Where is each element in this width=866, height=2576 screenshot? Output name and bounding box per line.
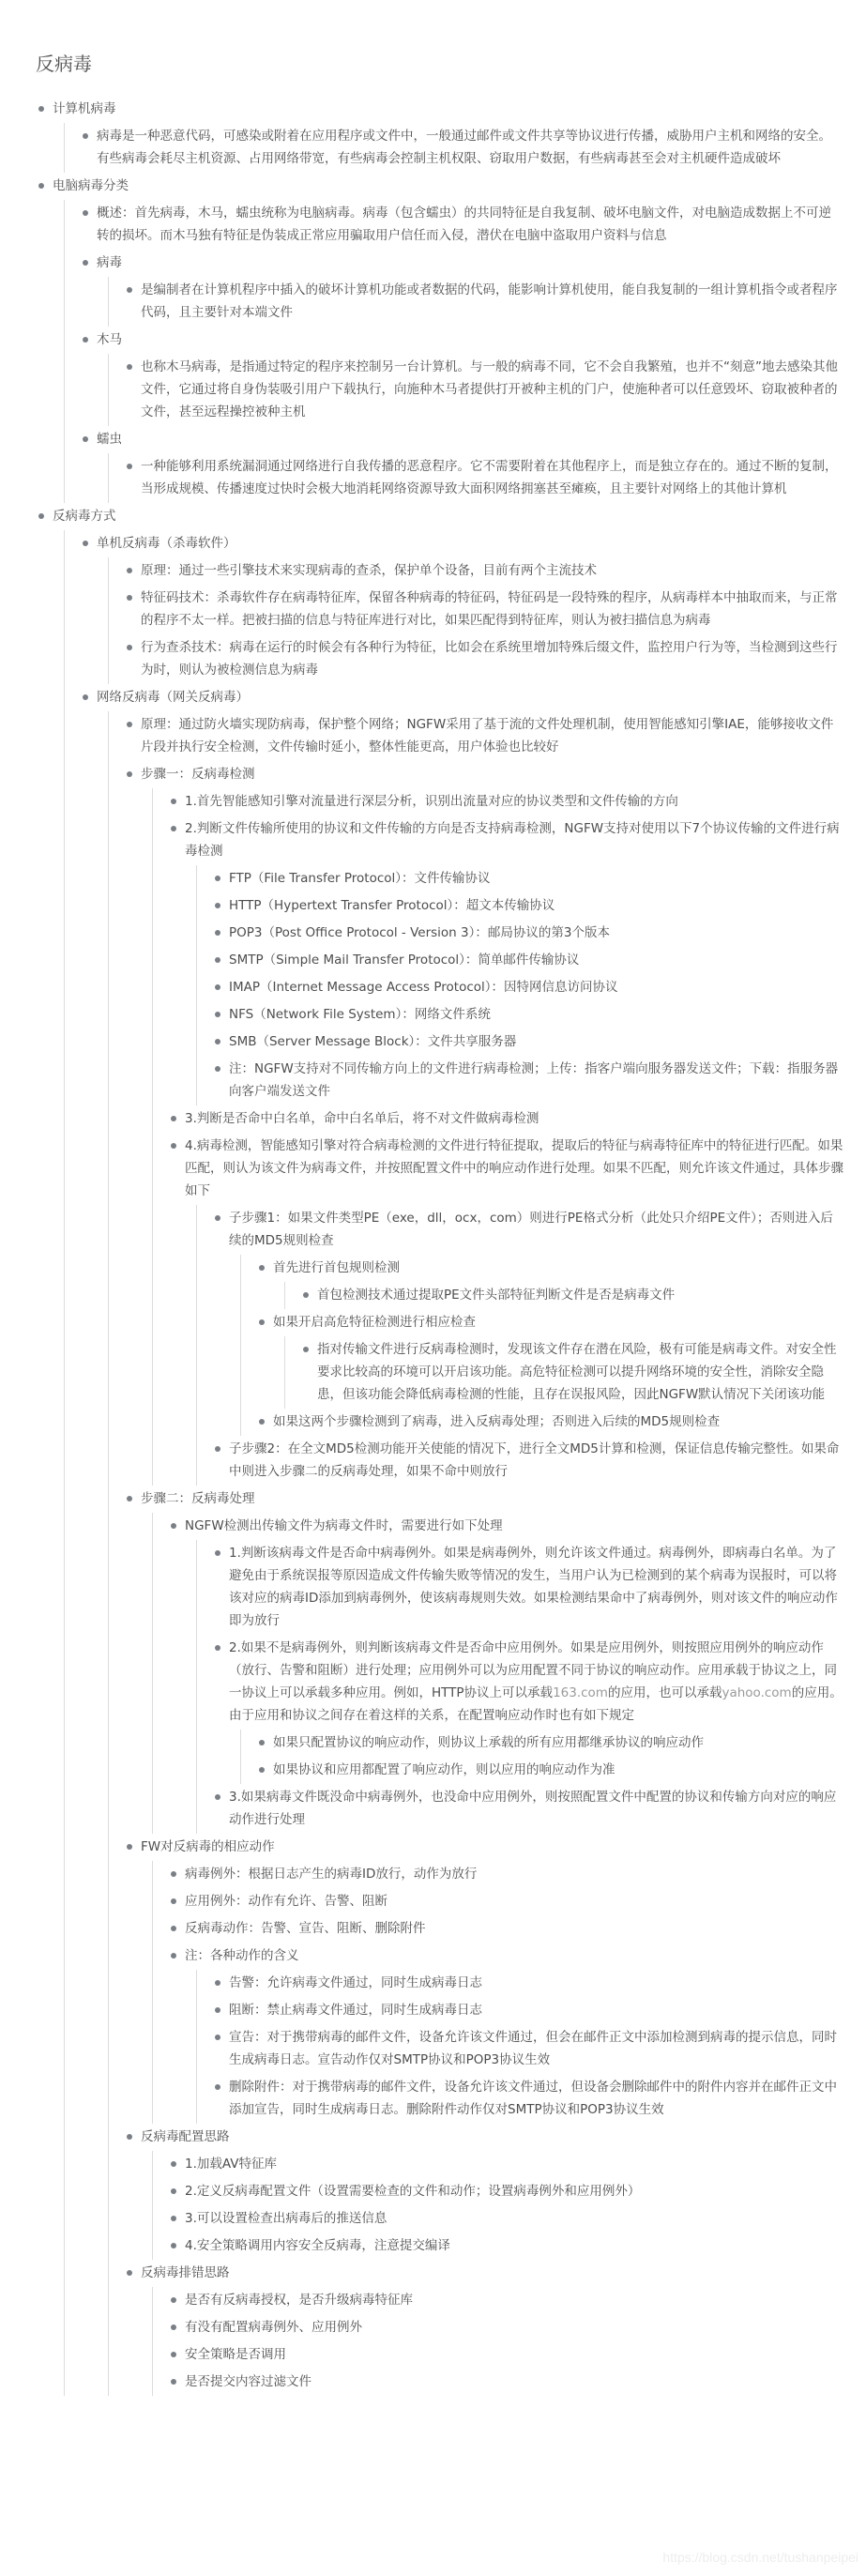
list-item-text: 特征码技术：杀毒软件存在病毒特征库，保留各种病毒的特征码，特征码是一段特殊的程序… xyxy=(141,585,843,634)
list-item: 注：各种动作的含义告警：允许病毒文件通过，同时生成病毒日志阻断：禁止病毒文件通过… xyxy=(168,1943,843,2124)
list-item-text: 步骤一：反病毒检测 xyxy=(141,761,843,788)
list-item: 概述：首先病毒，木马，蠕虫统称为电脑病毒。病毒（包含蠕虫）的共同特征是自我复制、… xyxy=(80,200,843,250)
list-item: 首包检测技术通过提取PE文件头部特征判断文件是否是病毒文件 xyxy=(300,1282,843,1309)
list-item-text: 4.安全策略调用内容安全反病毒，注意提交编译 xyxy=(185,2233,843,2260)
list-item: 原理：通过防火墙实现防病毒，保护整个网络；NGFW采用了基于流的文件处理机制，使… xyxy=(124,711,843,761)
list-item-text: FW对反病毒的相应动作 xyxy=(141,1834,843,1861)
list-item: 特征码技术：杀毒软件存在病毒特征库，保留各种病毒的特征码，特征码是一段特殊的程序… xyxy=(124,585,843,634)
list-item: 如果这两个步骤检测到了病毒，进入反病毒处理；否则进入后续的MD5规则检查 xyxy=(256,1409,843,1436)
list-item-text: 反病毒方式 xyxy=(53,503,843,530)
list-item: 1.判断该病毒文件是否命中病毒例外。如果是病毒例外，则允许该文件通过。病毒例外，… xyxy=(212,1540,843,1635)
list-item: 2.定义反病毒配置文件（设置需要检查的文件和动作；设置病毒例外和应用例外） xyxy=(168,2178,843,2205)
list-item-text: 网络反病毒（网关反病毒） xyxy=(97,684,843,711)
list-item: 告警：允许病毒文件通过，同时生成病毒日志 xyxy=(212,1970,843,1997)
list-item: IMAP（Internet Message Access Protocol）：因… xyxy=(212,974,843,1001)
list-item-text: 也称木马病毒，是指通过特定的程序来控制另一台计算机。与一般的病毒不同，它不会自我… xyxy=(141,354,843,426)
list-item: 如果只配置协议的响应动作，则协议上承载的所有应用都继承协议的响应动作 xyxy=(256,1730,843,1757)
list-item-text: IMAP（Internet Message Access Protocol）：因… xyxy=(229,974,843,1001)
list-item-text: 3.可以设置检查出病毒后的推送信息 xyxy=(185,2205,843,2233)
list-item-text: 是编制者在计算机程序中插入的破坏计算机功能或者数据的代码，能影响计算机使用，能自… xyxy=(141,277,843,327)
list-item-text: 如果这两个步骤检测到了病毒，进入反病毒处理；否则进入后续的MD5规则检查 xyxy=(273,1409,843,1436)
list-item: 木马也称木马病毒，是指通过特定的程序来控制另一台计算机。与一般的病毒不同，它不会… xyxy=(80,327,843,426)
list-item-text: FTP（File Transfer Protocol）：文件传输协议 xyxy=(229,865,843,892)
list-item: 2.如果不是病毒例外，则判断该病毒文件是否命中应用例外。如果是应用例外，则按照应… xyxy=(212,1635,843,1784)
nested-list: 是编制者在计算机程序中插入的破坏计算机功能或者数据的代码，能影响计算机使用，能自… xyxy=(108,277,843,327)
page-title: 反病毒 xyxy=(36,51,843,77)
list-item: 4.安全策略调用内容安全反病毒，注意提交编译 xyxy=(168,2233,843,2260)
list-item-text: 如果开启高危特征检测进行相应检查 xyxy=(273,1309,843,1336)
list-item-text: 阻断：禁止病毒文件通过，同时生成病毒日志 xyxy=(229,1997,843,2024)
list-item: 一种能够利用系统漏洞通过网络进行自我传播的恶意程序。它不需要附着在其他程序上，而… xyxy=(124,453,843,503)
list-item-text: 病毒 xyxy=(97,250,843,277)
list-item-text: 原理：通过防火墙实现防病毒，保护整个网络；NGFW采用了基于流的文件处理机制，使… xyxy=(141,711,843,761)
nested-list: 是否有反病毒授权，是否升级病毒特征库有没有配置病毒例外、应用例外安全策略是否调用… xyxy=(152,2287,843,2396)
list-item: SMB（Server Message Block）：文件共享服务器 xyxy=(212,1029,843,1056)
list-item: 安全策略是否调用 xyxy=(168,2341,843,2369)
list-item: 应用例外：动作有允许、告警、阻断 xyxy=(168,1888,843,1915)
nested-list: 病毒例外：根据日志产生的病毒ID放行，动作为放行应用例外：动作有允许、告警、阻断… xyxy=(152,1861,843,2124)
list-item: 子步骤2：在全文MD5检测功能开关使能的情况下，进行全文MD5计算和检测，保证信… xyxy=(212,1436,843,1486)
nested-list: 指对传输文件进行反病毒检测时，发现该文件存在潜在风险，极有可能是病毒文件。对安全… xyxy=(284,1336,843,1409)
nested-list: FTP（File Transfer Protocol）：文件传输协议HTTP（H… xyxy=(196,865,843,1105)
list-item: 是否有反病毒授权，是否升级病毒特征库 xyxy=(168,2287,843,2314)
list-item-text: 应用例外：动作有允许、告警、阻断 xyxy=(185,1888,843,1915)
list-item-text: 2.定义反病毒配置文件（设置需要检查的文件和动作；设置病毒例外和应用例外） xyxy=(185,2178,843,2205)
list-item-text: NFS（Network File System）：网络文件系统 xyxy=(229,1001,843,1029)
list-item: 3.可以设置检查出病毒后的推送信息 xyxy=(168,2205,843,2233)
list-item: 单机反病毒（杀毒软件）原理：通过一些引擎技术来实现病毒的查杀，保护单个设备，目前… xyxy=(80,530,843,684)
list-item-text: 是否有反病毒授权，是否升级病毒特征库 xyxy=(185,2287,843,2314)
list-item: 是否提交内容过滤文件 xyxy=(168,2369,843,2396)
list-item: 计算机病毒病毒是一种恶意代码，可感染或附着在应用程序或文件中，一般通过邮件或文件… xyxy=(36,96,843,173)
list-item: 4.病毒检测，智能感知引擎对符合病毒检测的文件进行特征提取，提取后的特征与病毒特… xyxy=(168,1133,843,1486)
nested-list: 病毒是一种恶意代码，可感染或附着在应用程序或文件中，一般通过邮件或文件共享等协议… xyxy=(64,123,843,173)
list-item: 3.判断是否命中白名单，命中白名单后，将不对文件做病毒检测 xyxy=(168,1105,843,1133)
nested-list: 一种能够利用系统漏洞通过网络进行自我传播的恶意程序。它不需要附着在其他程序上，而… xyxy=(108,453,843,503)
list-item: 如果协议和应用都配置了响应动作，则以应用的响应动作为准 xyxy=(256,1757,843,1784)
list-item-text: 3.如果病毒文件既没命中病毒例外，也没命中应用例外，则按照配置文件中配置的协议和… xyxy=(229,1784,843,1834)
list-item: NFS（Network File System）：网络文件系统 xyxy=(212,1001,843,1029)
list-item-text: 2.判断文件传输所使用的协议和文件传输的方向是否支持病毒检测，NGFW支持对使用… xyxy=(185,815,843,865)
list-item-text: 1.判断该病毒文件是否命中病毒例外。如果是病毒例外，则允许该文件通过。病毒例外，… xyxy=(229,1540,843,1635)
list-item: 删除附件：对于携带病毒的邮件文件，设备允许该文件通过，但设备会删除邮件中的附件内… xyxy=(212,2074,843,2124)
list-item-text: 一种能够利用系统漏洞通过网络进行自我传播的恶意程序。它不需要附着在其他程序上，而… xyxy=(141,453,843,503)
list-item: 步骤二：反病毒处理NGFW检测出传输文件为病毒文件时，需要进行如下处理1.判断该… xyxy=(124,1486,843,1834)
nested-list: 首包检测技术通过提取PE文件头部特征判断文件是否是病毒文件 xyxy=(284,1282,843,1309)
list-item-text: 反病毒排错思路 xyxy=(141,2260,843,2287)
nested-list: NGFW检测出传输文件为病毒文件时，需要进行如下处理1.判断该病毒文件是否命中病… xyxy=(152,1513,843,1834)
list-item: 反病毒动作：告警、宣告、阻断、删除附件 xyxy=(168,1915,843,1943)
list-item-text: 2.如果不是病毒例外，则判断该病毒文件是否命中应用例外。如果是应用例外，则按照应… xyxy=(229,1635,843,1730)
list-item: 网络反病毒（网关反病毒）原理：通过防火墙实现防病毒，保护整个网络；NGFW采用了… xyxy=(80,684,843,2396)
list-item: 有没有配置病毒例外、应用例外 xyxy=(168,2314,843,2341)
list-item-text: 概述：首先病毒，木马，蠕虫统称为电脑病毒。病毒（包含蠕虫）的共同特征是自我复制、… xyxy=(97,200,843,250)
list-item-text: 是否提交内容过滤文件 xyxy=(185,2369,843,2396)
list-item: SMTP（Simple Mail Transfer Protocol）：简单邮件… xyxy=(212,947,843,974)
list-item-text: 告警：允许病毒文件通过，同时生成病毒日志 xyxy=(229,1970,843,1997)
inline-link[interactable]: yahoo.com xyxy=(722,1685,791,1700)
list-item: 首先进行首包规则检测首包检测技术通过提取PE文件头部特征判断文件是否是病毒文件 xyxy=(256,1255,843,1309)
nested-list: 1.判断该病毒文件是否命中病毒例外。如果是病毒例外，则允许该文件通过。病毒例外，… xyxy=(196,1540,843,1834)
list-item-text: 首先进行首包规则检测 xyxy=(273,1255,843,1282)
list-item: 3.如果病毒文件既没命中病毒例外，也没命中应用例外，则按照配置文件中配置的协议和… xyxy=(212,1784,843,1834)
list-item-text: 子步骤2：在全文MD5检测功能开关使能的情况下，进行全文MD5计算和检测，保证信… xyxy=(229,1436,843,1486)
list-item: 注：NGFW支持对不同传输方向上的文件进行病毒检测；上传：指客户端向服务器发送文… xyxy=(212,1056,843,1105)
list-item-text: 反病毒动作：告警、宣告、阻断、删除附件 xyxy=(185,1915,843,1943)
document-page: 反病毒 计算机病毒病毒是一种恶意代码，可感染或附着在应用程序或文件中，一般通过邮… xyxy=(0,0,866,2396)
list-item: 行为查杀技术：病毒在运行的时候会有各种行为特征，比如会在系统里增加特殊后缀文件，… xyxy=(124,634,843,684)
inline-link[interactable]: 163.com xyxy=(553,1685,608,1700)
nested-list: 如果只配置协议的响应动作，则协议上承载的所有应用都继承协议的响应动作如果协议和应… xyxy=(240,1730,843,1784)
list-item: 子步骤1：如果文件类型PE（exe，dll，ocx，com）则进行PE格式分析（… xyxy=(212,1205,843,1436)
list-item-text: 蠕虫 xyxy=(97,426,843,453)
list-item: 反病毒配置思路1.加载AV特征库2.定义反病毒配置文件（设置需要检查的文件和动作… xyxy=(124,2124,843,2260)
list-item: 电脑病毒分类概述：首先病毒，木马，蠕虫统称为电脑病毒。病毒（包含蠕虫）的共同特征… xyxy=(36,173,843,503)
list-item-text: 删除附件：对于携带病毒的邮件文件，设备允许该文件通过，但设备会删除邮件中的附件内… xyxy=(229,2074,843,2124)
list-item: 1.首先智能感知引擎对流量进行深层分析，识别出流量对应的协议类型和文件传输的方向 xyxy=(168,788,843,815)
nested-list: 首先进行首包规则检测首包检测技术通过提取PE文件头部特征判断文件是否是病毒文件如… xyxy=(240,1255,843,1436)
list-item-text: 病毒例外：根据日志产生的病毒ID放行，动作为放行 xyxy=(185,1861,843,1888)
list-item: 宣告：对于携带病毒的邮件文件，设备允许该文件通过，但会在邮件正文中添加检测到病毒… xyxy=(212,2024,843,2074)
nested-list: 单机反病毒（杀毒软件）原理：通过一些引擎技术来实现病毒的查杀，保护单个设备，目前… xyxy=(64,530,843,2396)
list-item: 蠕虫一种能够利用系统漏洞通过网络进行自我传播的恶意程序。它不需要附着在其他程序上… xyxy=(80,426,843,503)
list-item-text: 单机反病毒（杀毒软件） xyxy=(97,530,843,557)
list-item-text: 行为查杀技术：病毒在运行的时候会有各种行为特征，比如会在系统里增加特殊后缀文件，… xyxy=(141,634,843,684)
list-item-text: 反病毒配置思路 xyxy=(141,2124,843,2151)
list-item: 原理：通过一些引擎技术来实现病毒的查杀，保护单个设备，目前有两个主流技术 xyxy=(124,557,843,585)
list-item: FW对反病毒的相应动作病毒例外：根据日志产生的病毒ID放行，动作为放行应用例外：… xyxy=(124,1834,843,2124)
list-item: 病毒例外：根据日志产生的病毒ID放行，动作为放行 xyxy=(168,1861,843,1888)
list-item-text: NGFW检测出传输文件为病毒文件时，需要进行如下处理 xyxy=(185,1513,843,1540)
list-item: 2.判断文件传输所使用的协议和文件传输的方向是否支持病毒检测，NGFW支持对使用… xyxy=(168,815,843,1105)
list-item-text: 宣告：对于携带病毒的邮件文件，设备允许该文件通过，但会在邮件正文中添加检测到病毒… xyxy=(229,2024,843,2074)
list-item-text: 3.判断是否命中白名单，命中白名单后，将不对文件做病毒检测 xyxy=(185,1105,843,1133)
list-item-text: 1.加载AV特征库 xyxy=(185,2151,843,2178)
list-item: NGFW检测出传输文件为病毒文件时，需要进行如下处理1.判断该病毒文件是否命中病… xyxy=(168,1513,843,1834)
watermark: https://blog.csdn.net/tushanpeipei xyxy=(662,2546,858,2568)
list-item-text: 子步骤1：如果文件类型PE（exe，dll，ocx，com）则进行PE格式分析（… xyxy=(229,1205,843,1255)
list-item-text: HTTP（Hypertext Transfer Protocol）：超文本传输协… xyxy=(229,892,843,920)
nested-list: 告警：允许病毒文件通过，同时生成病毒日志阻断：禁止病毒文件通过，同时生成病毒日志… xyxy=(196,1970,843,2124)
nested-list: 子步骤1：如果文件类型PE（exe，dll，ocx，com）则进行PE格式分析（… xyxy=(196,1205,843,1486)
list-item-text: 病毒是一种恶意代码，可感染或附着在应用程序或文件中，一般通过邮件或文件共享等协议… xyxy=(97,123,843,173)
list-item-text: 如果协议和应用都配置了响应动作，则以应用的响应动作为准 xyxy=(273,1757,843,1784)
list-item-text: 指对传输文件进行反病毒检测时，发现该文件存在潜在风险，极有可能是病毒文件。对安全… xyxy=(317,1336,843,1409)
list-item-text: POP3（Post Office Protocol - Version 3）：邮… xyxy=(229,920,843,947)
list-item-text: 步骤二：反病毒处理 xyxy=(141,1486,843,1513)
nested-list: 1.首先智能感知引擎对流量进行深层分析，识别出流量对应的协议类型和文件传输的方向… xyxy=(152,788,843,1486)
list-item: 阻断：禁止病毒文件通过，同时生成病毒日志 xyxy=(212,1997,843,2024)
list-item-text: 1.首先智能感知引擎对流量进行深层分析，识别出流量对应的协议类型和文件传输的方向 xyxy=(185,788,843,815)
nested-list: 1.加载AV特征库2.定义反病毒配置文件（设置需要检查的文件和动作；设置病毒例外… xyxy=(152,2151,843,2260)
list-item: 步骤一：反病毒检测1.首先智能感知引擎对流量进行深层分析，识别出流量对应的协议类… xyxy=(124,761,843,1486)
list-item-text: 注：各种动作的含义 xyxy=(185,1943,843,1970)
list-item-text: 如果只配置协议的响应动作，则协议上承载的所有应用都继承协议的响应动作 xyxy=(273,1730,843,1757)
list-item: 反病毒排错思路是否有反病毒授权，是否升级病毒特征库有没有配置病毒例外、应用例外安… xyxy=(124,2260,843,2396)
list-item-text: 安全策略是否调用 xyxy=(185,2341,843,2369)
nested-list: 也称木马病毒，是指通过特定的程序来控制另一台计算机。与一般的病毒不同，它不会自我… xyxy=(108,354,843,426)
list-item: 病毒是一种恶意代码，可感染或附着在应用程序或文件中，一般通过邮件或文件共享等协议… xyxy=(80,123,843,173)
nested-list: 原理：通过一些引擎技术来实现病毒的查杀，保护单个设备，目前有两个主流技术特征码技… xyxy=(108,557,843,684)
list-item: POP3（Post Office Protocol - Version 3）：邮… xyxy=(212,920,843,947)
list-item-text: 计算机病毒 xyxy=(53,96,843,123)
list-item-text: 有没有配置病毒例外、应用例外 xyxy=(185,2314,843,2341)
list-item-text: 首包检测技术通过提取PE文件头部特征判断文件是否是病毒文件 xyxy=(317,1282,843,1309)
list-item-text: 电脑病毒分类 xyxy=(53,173,843,200)
list-item-text: 原理：通过一些引擎技术来实现病毒的查杀，保护单个设备，目前有两个主流技术 xyxy=(141,557,843,585)
list-item: HTTP（Hypertext Transfer Protocol）：超文本传输协… xyxy=(212,892,843,920)
list-item-text: 木马 xyxy=(97,327,843,354)
outline-list: 计算机病毒病毒是一种恶意代码，可感染或附着在应用程序或文件中，一般通过邮件或文件… xyxy=(36,96,843,2396)
list-item-text: SMB（Server Message Block）：文件共享服务器 xyxy=(229,1029,843,1056)
list-item: 如果开启高危特征检测进行相应检查指对传输文件进行反病毒检测时，发现该文件存在潜在… xyxy=(256,1309,843,1409)
list-item: 指对传输文件进行反病毒检测时，发现该文件存在潜在风险，极有可能是病毒文件。对安全… xyxy=(300,1336,843,1409)
nested-list: 概述：首先病毒，木马，蠕虫统称为电脑病毒。病毒（包含蠕虫）的共同特征是自我复制、… xyxy=(64,200,843,503)
list-item: 1.加载AV特征库 xyxy=(168,2151,843,2178)
list-item-text: 注：NGFW支持对不同传输方向上的文件进行病毒检测；上传：指客户端向服务器发送文… xyxy=(229,1056,843,1105)
list-item-text: 4.病毒检测，智能感知引擎对符合病毒检测的文件进行特征提取，提取后的特征与病毒特… xyxy=(185,1133,843,1205)
list-item-text: SMTP（Simple Mail Transfer Protocol）：简单邮件… xyxy=(229,947,843,974)
list-item: FTP（File Transfer Protocol）：文件传输协议 xyxy=(212,865,843,892)
list-item: 反病毒方式单机反病毒（杀毒软件）原理：通过一些引擎技术来实现病毒的查杀，保护单个… xyxy=(36,503,843,2396)
nested-list: 原理：通过防火墙实现防病毒，保护整个网络；NGFW采用了基于流的文件处理机制，使… xyxy=(108,711,843,2396)
list-item: 是编制者在计算机程序中插入的破坏计算机功能或者数据的代码，能影响计算机使用，能自… xyxy=(124,277,843,327)
list-item: 病毒是编制者在计算机程序中插入的破坏计算机功能或者数据的代码，能影响计算机使用，… xyxy=(80,250,843,327)
text-segment: 的应用，也可以承载 xyxy=(608,1685,722,1700)
list-item: 也称木马病毒，是指通过特定的程序来控制另一台计算机。与一般的病毒不同，它不会自我… xyxy=(124,354,843,426)
